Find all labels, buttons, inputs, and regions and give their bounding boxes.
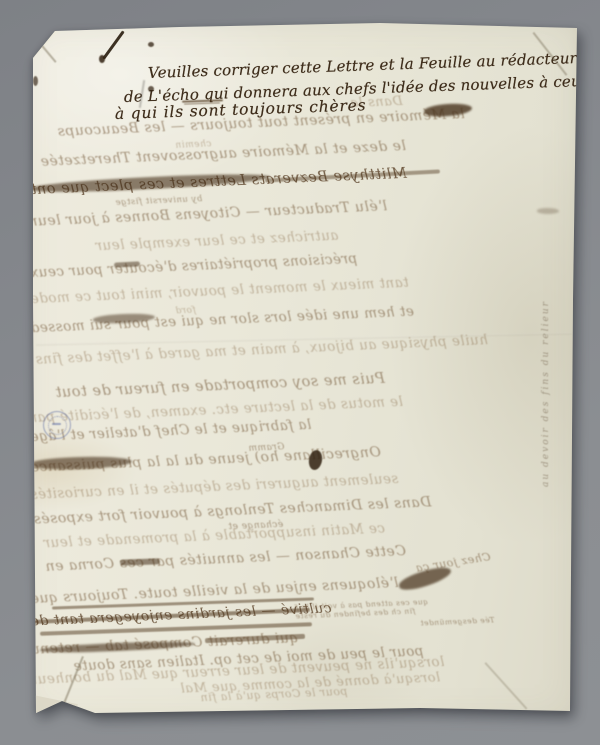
bleedthrough-line: tant mieux le moment le pouvoir, mini to… xyxy=(30,275,409,308)
bleedthrough-line: le deze et la Mémoire augrossovent There… xyxy=(40,138,406,170)
bleedthrough-line: et hem une idée lors slor ne qui est pou… xyxy=(30,304,414,337)
stamp-inner-ring xyxy=(48,416,67,435)
manuscript-page: Dans lala Mémoire en présent tout toujou… xyxy=(0,0,600,745)
ink-mark-blob xyxy=(33,76,38,86)
folded-corner-bottom-left xyxy=(34,690,78,716)
folded-corner-top-left xyxy=(33,29,59,59)
ink-mark-stroke xyxy=(102,30,124,59)
vertical-margin-note: au devoir des fins du relieur xyxy=(541,300,551,487)
paper-shadow: Dans lala Mémoire en présent tout toujou… xyxy=(0,0,600,745)
ink-mark-blob xyxy=(148,86,154,92)
ink-mark-blob xyxy=(99,55,105,63)
ink-mark-smear xyxy=(424,102,473,118)
ink-mark-smear xyxy=(537,208,559,214)
photo-background: Dans lala Mémoire en présent tout toujou… xyxy=(0,0,600,745)
ink-mark-crease xyxy=(484,662,527,709)
stamp-center-mark xyxy=(52,423,61,425)
bleedthrough-line: Tée desgemündet xyxy=(420,615,495,627)
bleedthrough-line: autrichez et ce leur exemple leur xyxy=(95,228,339,255)
library-stamp xyxy=(43,411,71,439)
bleedthrough-line: l'élu Traducteur — Citoyens Bonnes à jou… xyxy=(30,198,388,230)
bleedthrough-line: précisions propriétaires d'écouter pour … xyxy=(30,251,358,281)
ink-mark-blob xyxy=(148,42,154,47)
